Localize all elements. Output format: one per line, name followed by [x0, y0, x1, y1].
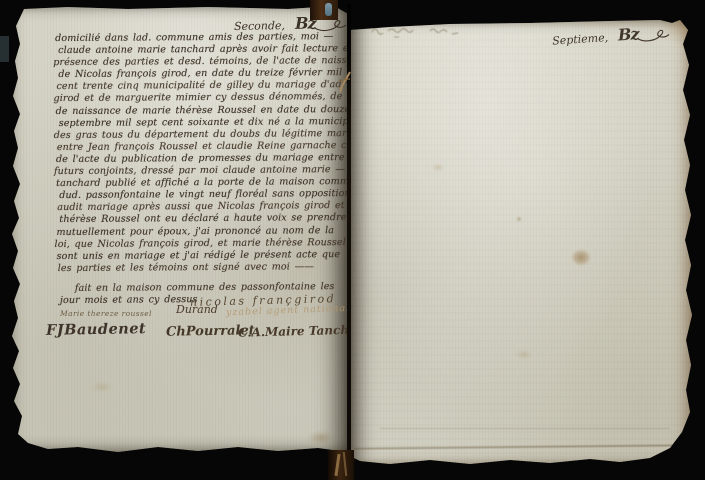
manuscript-text-block: domicilié dans lad. commune amis des par…	[55, 31, 357, 307]
paper-stain	[92, 382, 112, 392]
blank-right-page: Septieme,Bz	[350, 20, 692, 468]
signature-bride: Marie thereze roussel	[60, 309, 152, 318]
faded-ink-inscription	[368, 22, 464, 42]
signature-durand: Durand	[176, 303, 218, 316]
book-gutter	[347, 4, 351, 474]
paper-stain	[432, 164, 444, 171]
paper-crease	[380, 428, 670, 429]
right-page-header-label: Septieme,	[552, 31, 609, 47]
manuscript-line: les parties et les témoins ont signé ave…	[58, 261, 357, 275]
binding-bead	[325, 3, 332, 16]
paper-stain	[308, 431, 334, 445]
book-cover-edge	[0, 36, 9, 62]
manuscript-left-page: Seconde,Bz domicilié dans lad. commune a…	[8, 6, 348, 452]
paper-stain	[516, 216, 522, 222]
paper-stain	[572, 250, 590, 265]
spine-binding-bottom	[328, 450, 354, 480]
paraph-flourish	[635, 25, 670, 43]
paper-stain	[516, 350, 532, 359]
stitch-thread	[334, 454, 340, 476]
signature-baudenet: FJBaudenet	[46, 320, 146, 339]
archive-scan: Seconde,Bz domicilié dans lad. commune a…	[0, 0, 705, 480]
stitch-thread	[343, 452, 347, 476]
spine-binding-top	[310, 0, 338, 20]
right-page-header: Septieme,Bz	[552, 22, 671, 48]
paper-crease	[354, 444, 684, 449]
